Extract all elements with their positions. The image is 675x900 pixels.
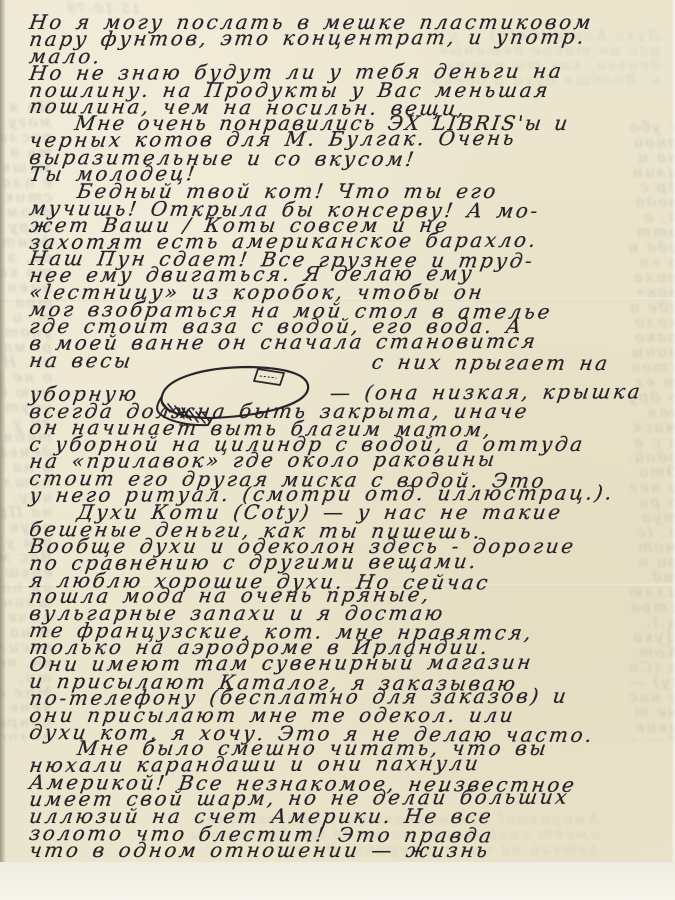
handwritten-line: пошлину. на Продукты у Вас меньшая [29,78,671,95]
handwritten-line: пару фунтов, это концентрат, и употр. [29,24,672,44]
handwritten-line: вульгарные запахи и я достаю [29,601,671,618]
paper-right-edge-highlight [671,0,675,862]
handwritten-line: по сравнению с другими вещами. [29,548,672,568]
handwritten-line: уборную — (она низкая, крышка [29,379,672,399]
handwritten-line: Бедный твой кот! Что ты его [29,179,671,196]
handwritten-line: Духи Коти (Coty) — у нас не такие [29,500,671,517]
handwritten-line: по-телефону (бесплатно для заказов) и [29,683,672,703]
handwritten-line: «lестницу» из коробок, чтобы он [29,280,671,297]
handwritten-text-block: Но я могу послать в мешке пластиковомпар… [30,10,670,855]
letter-page: 15-10-79 Но я могу послать в мешке пласт… [0,0,675,862]
paper-left-edge-shadow [0,0,6,862]
handwritten-line: Они имеют там сувенирный магазин [29,649,672,669]
letter-scan: { "letter": { "lines": [ "Но я могу посл… [0,0,675,900]
handwritten-line: что в одном отношении — жизнь [29,838,671,855]
handwritten-line: иллюзий на счет Америки. Не все [29,804,671,821]
handwritten-line: нее ему двигаться. Я делаю ему [29,261,672,281]
handwritten-line: имеет свой шарм, но не делай больших [29,784,672,804]
handwritten-line: Ты молодец! [29,159,672,179]
handwritten-line: черных котов для М. Булгак. Очень [29,125,672,145]
handwritten-line: в моей ванне он сначала становится [29,328,672,348]
handwritten-line: они присылают мне те одекол. или [29,703,671,720]
handwritten-line: захотят есть американское барахло. [29,227,672,247]
bathroom-scale-sketch [146,360,326,432]
handwritten-line: у него ритуал. (смотри отд. иллюстрац.). [29,480,672,500]
handwritten-line: на «прилавок» где около раковины [29,446,672,466]
handwritten-line: пошла мода на очень пряные, [29,582,672,602]
handwritten-line: всегда должна быть закрыта, иначе [29,399,671,416]
handwritten-line: Но не знаю будут ли у тебя деньги на [29,58,672,78]
scan-backdrop [0,862,675,900]
handwritten-line: нюхали карандаши и они пахнули [29,751,672,771]
handwritten-line: на весы с них прыгает на [29,348,671,368]
